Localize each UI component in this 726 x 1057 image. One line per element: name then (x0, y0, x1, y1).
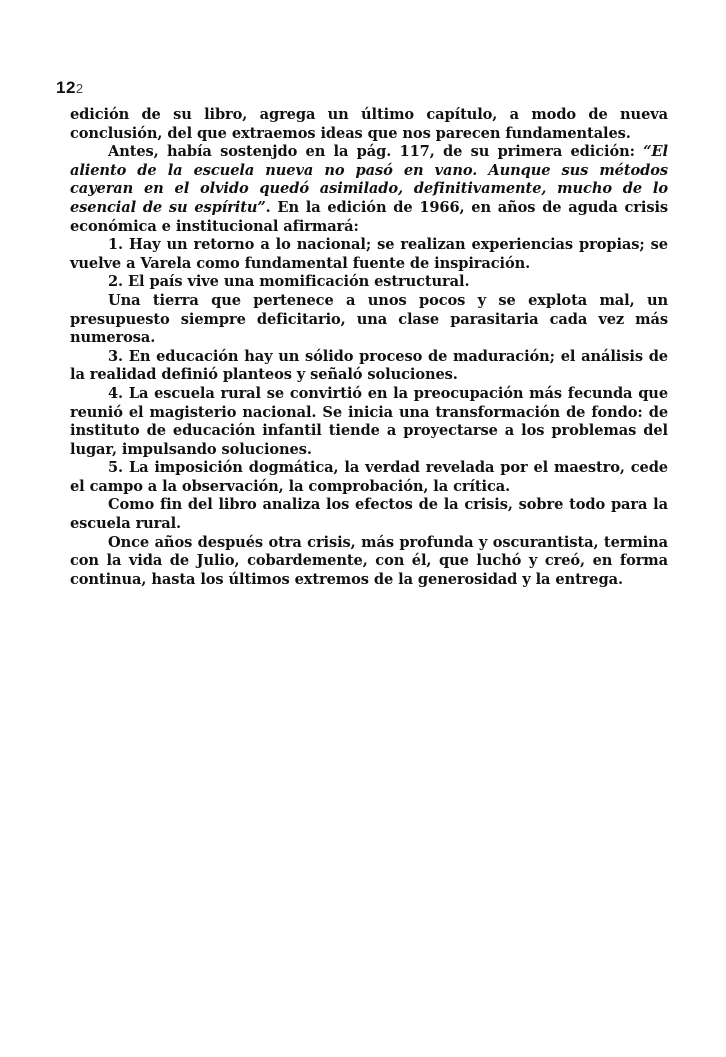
list-point-5: 5. La imposición dogmática, la verdad re… (70, 459, 668, 496)
paragraph-text: Antes, había sostenjdo en la pág. 117, d… (108, 143, 643, 160)
list-point-3: 3. En educación hay un sólido proceso de… (70, 348, 668, 385)
page-number: 122 (56, 78, 84, 98)
document-page: 122 edición de su libro, agrega un últim… (0, 0, 726, 1057)
paragraph: edición de su libro, agrega un último ca… (70, 106, 668, 143)
paragraph-with-quote: Antes, había sostenjdo en la pág. 117, d… (70, 143, 668, 236)
paragraph: Una tierra que pertenece a unos pocos y … (70, 292, 668, 348)
page-number-partial-digit: 2 (76, 81, 84, 96)
list-point-1: 1. Hay un retorno a lo nacional; se real… (70, 236, 668, 273)
list-point-2: 2. El país vive una momificación estruct… (70, 273, 668, 292)
list-point-4: 4. La escuela rural se convirtió en la p… (70, 385, 668, 459)
page-number-value: 12 (56, 78, 76, 97)
body-text: edición de su libro, agrega un último ca… (70, 106, 668, 589)
paragraph: Como fin del libro analiza los efectos d… (70, 496, 668, 533)
paragraph: Once años después otra crisis, más profu… (70, 534, 668, 590)
